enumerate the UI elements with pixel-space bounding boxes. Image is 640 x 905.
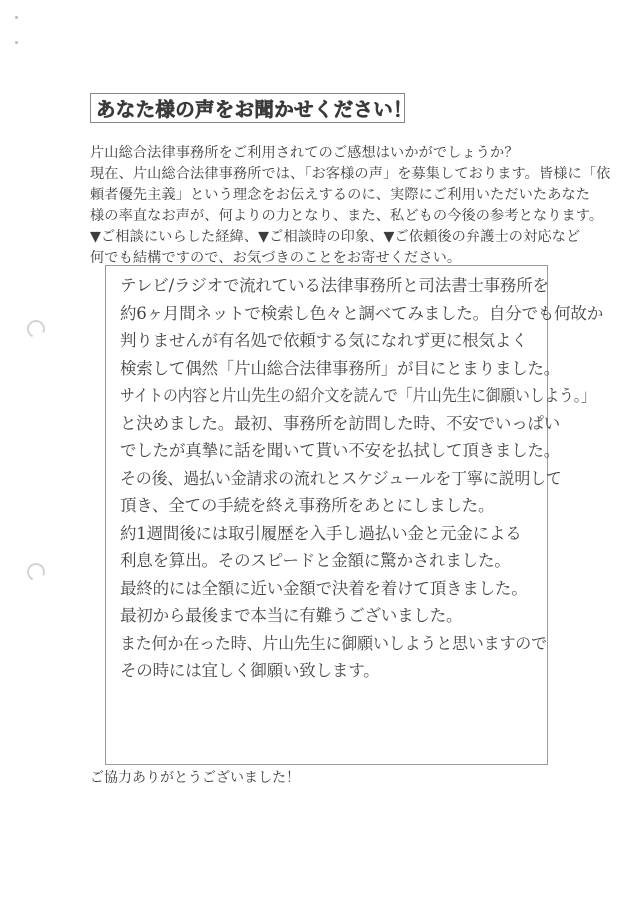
comment-line: その時には宜しく御願い致します。 bbox=[120, 657, 540, 685]
comment-line: 約6ヶ月間ネットで検索し色々と調べてみました。自分でも何故か bbox=[120, 300, 540, 328]
intro-line: 片山総合法律事務所をご利用されてのご感想はいかがでしょうか？ bbox=[90, 143, 560, 164]
handwritten-comment: テレビ/ラジオで流れている法律事務所と司法書士事務所を 約6ヶ月間ネットで検索し… bbox=[120, 272, 540, 685]
page-title: あなた様の声をお聞かせください！ bbox=[96, 94, 413, 122]
comment-line: 検索して偶然「片山総合法律事務所」が目にとまりました。 bbox=[120, 355, 540, 383]
punch-hole-mark bbox=[24, 317, 47, 340]
scan-speck bbox=[15, 16, 18, 19]
intro-line: 現在、片山総合法律事務所では、「お客様の声」を募集しております。皆様に「依 bbox=[90, 164, 560, 185]
intro-line: 様の率直なお声が、何よりの力となり、また、私どもの今後の参考となります。 bbox=[90, 206, 560, 227]
comment-line: 約1週間後には取引履歴を入手し過払い金と元金による bbox=[120, 520, 540, 548]
punch-hole-mark bbox=[24, 560, 47, 583]
comment-line: 判りませんが有名処で依頼する気になれず更に根気よく bbox=[120, 327, 540, 355]
comment-box: テレビ/ラジオで流れている法律事務所と司法書士事務所を 約6ヶ月間ネットで検索し… bbox=[105, 265, 548, 765]
intro-line: ▼ご相談にいらした経緯、▼ご相談時の印象、▼ご依頼後の弁護士の対応など bbox=[90, 227, 560, 248]
comment-line: テレビ/ラジオで流れている法律事務所と司法書士事務所を bbox=[120, 272, 540, 300]
comment-line: 最初から最後まで本当に有難うございました。 bbox=[120, 602, 540, 630]
comment-line: と決めました。最初、事務所を訪問した時、不安でいっぱい bbox=[120, 410, 540, 438]
title-box: あなた様の声をお聞かせください！ bbox=[90, 93, 405, 123]
comment-line: サイトの内容と片山先生の紹介文を読んで「片山先生に御願いしよう。」 bbox=[120, 382, 498, 410]
comment-line: 最終的には全額に近い金額で決着を着けて頂きました。 bbox=[120, 575, 540, 603]
comment-line: 頂き、全ての手続を終え事務所をあとにしました。 bbox=[120, 492, 540, 520]
comment-line: その後、過払い金請求の流れとスケジュールを丁寧に説明して bbox=[120, 465, 527, 493]
comment-line: また何か在った時、片山先生に御願いしようと思いますので bbox=[120, 630, 527, 658]
intro-line: 頼者優先主義」という理念をお伝えするのに、実際にご利用いただいたあなた bbox=[90, 185, 560, 206]
thank-you-footer: ご協力ありがとうございました！ bbox=[90, 767, 300, 787]
comment-line: でしたが真摯に話を聞いて貰い不安を払拭して頂きました。 bbox=[120, 437, 540, 465]
scan-speck bbox=[15, 41, 18, 44]
intro-text: 片山総合法律事務所をご利用されてのご感想はいかがでしょうか？ 現在、片山総合法律… bbox=[90, 143, 560, 269]
comment-line: 利息を算出。そのスピードと金額に驚かされました。 bbox=[120, 547, 540, 575]
